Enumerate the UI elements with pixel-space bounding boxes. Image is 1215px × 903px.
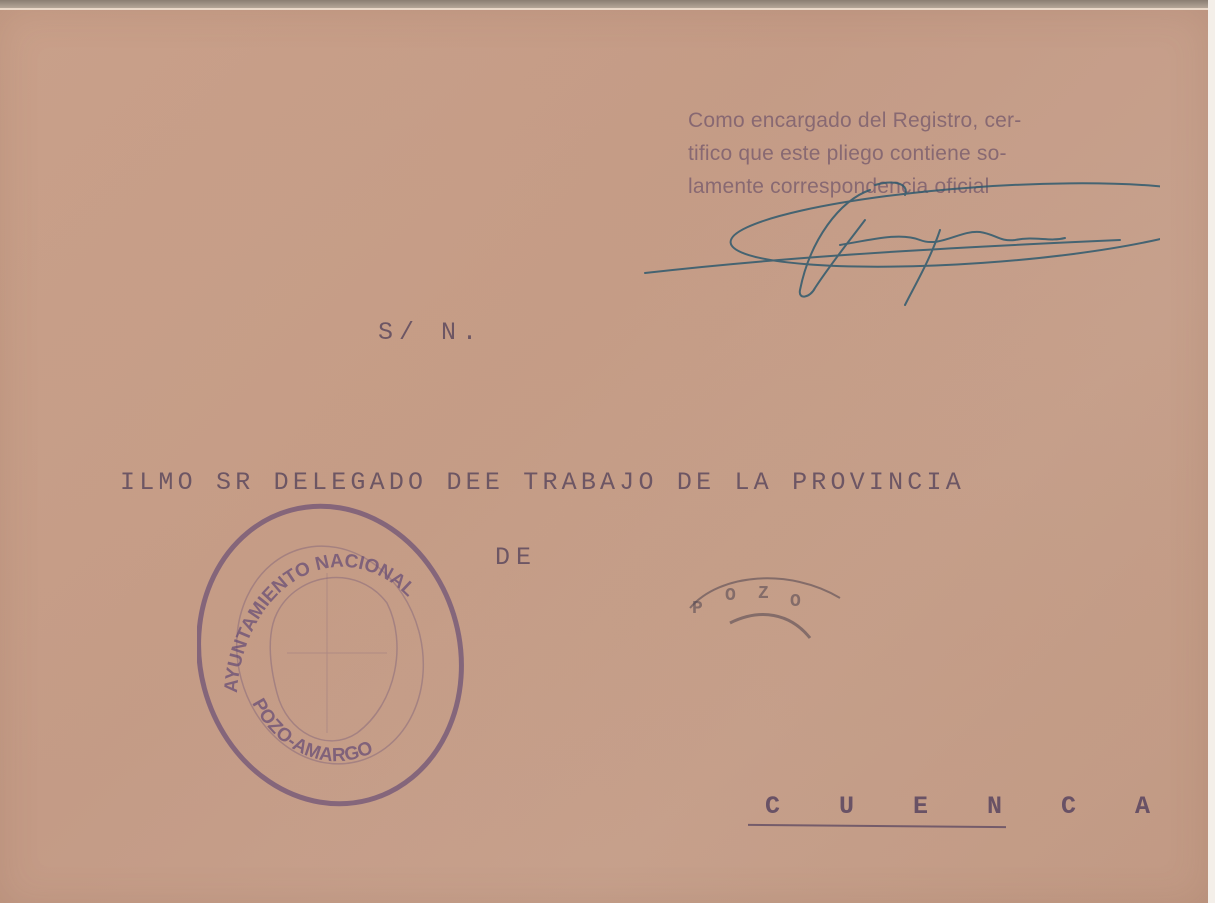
svg-text:Z: Z (758, 584, 769, 604)
destination-city: C U E N C A (765, 792, 1172, 821)
certification-line-2: tifico que este pliego contiene so- (688, 137, 1158, 170)
addressee-line: ILMO SR DELEGADO DEE TRABAJO DE LA PROVI… (120, 468, 965, 497)
scan-right-edge (1208, 0, 1215, 903)
svg-text:P: P (692, 599, 703, 619)
scan-top-edge (0, 0, 1215, 8)
svg-text:O: O (725, 586, 736, 606)
postmark: POZO (680, 568, 850, 658)
addressee-preposition: DE (495, 543, 537, 572)
signature (640, 170, 1160, 320)
svg-text:O: O (790, 592, 801, 612)
reference-number: S/ N. (378, 318, 483, 347)
official-seal: AYUNTAMIENTO NACIONAL POZO-AMARGO (197, 503, 467, 808)
seal-bottom-text: POZO-AMARGO (248, 695, 376, 766)
seal-top-text: AYUNTAMIENTO NACIONAL (221, 551, 420, 694)
certification-line-1: Como encargado del Registro, cer- (688, 104, 1158, 137)
